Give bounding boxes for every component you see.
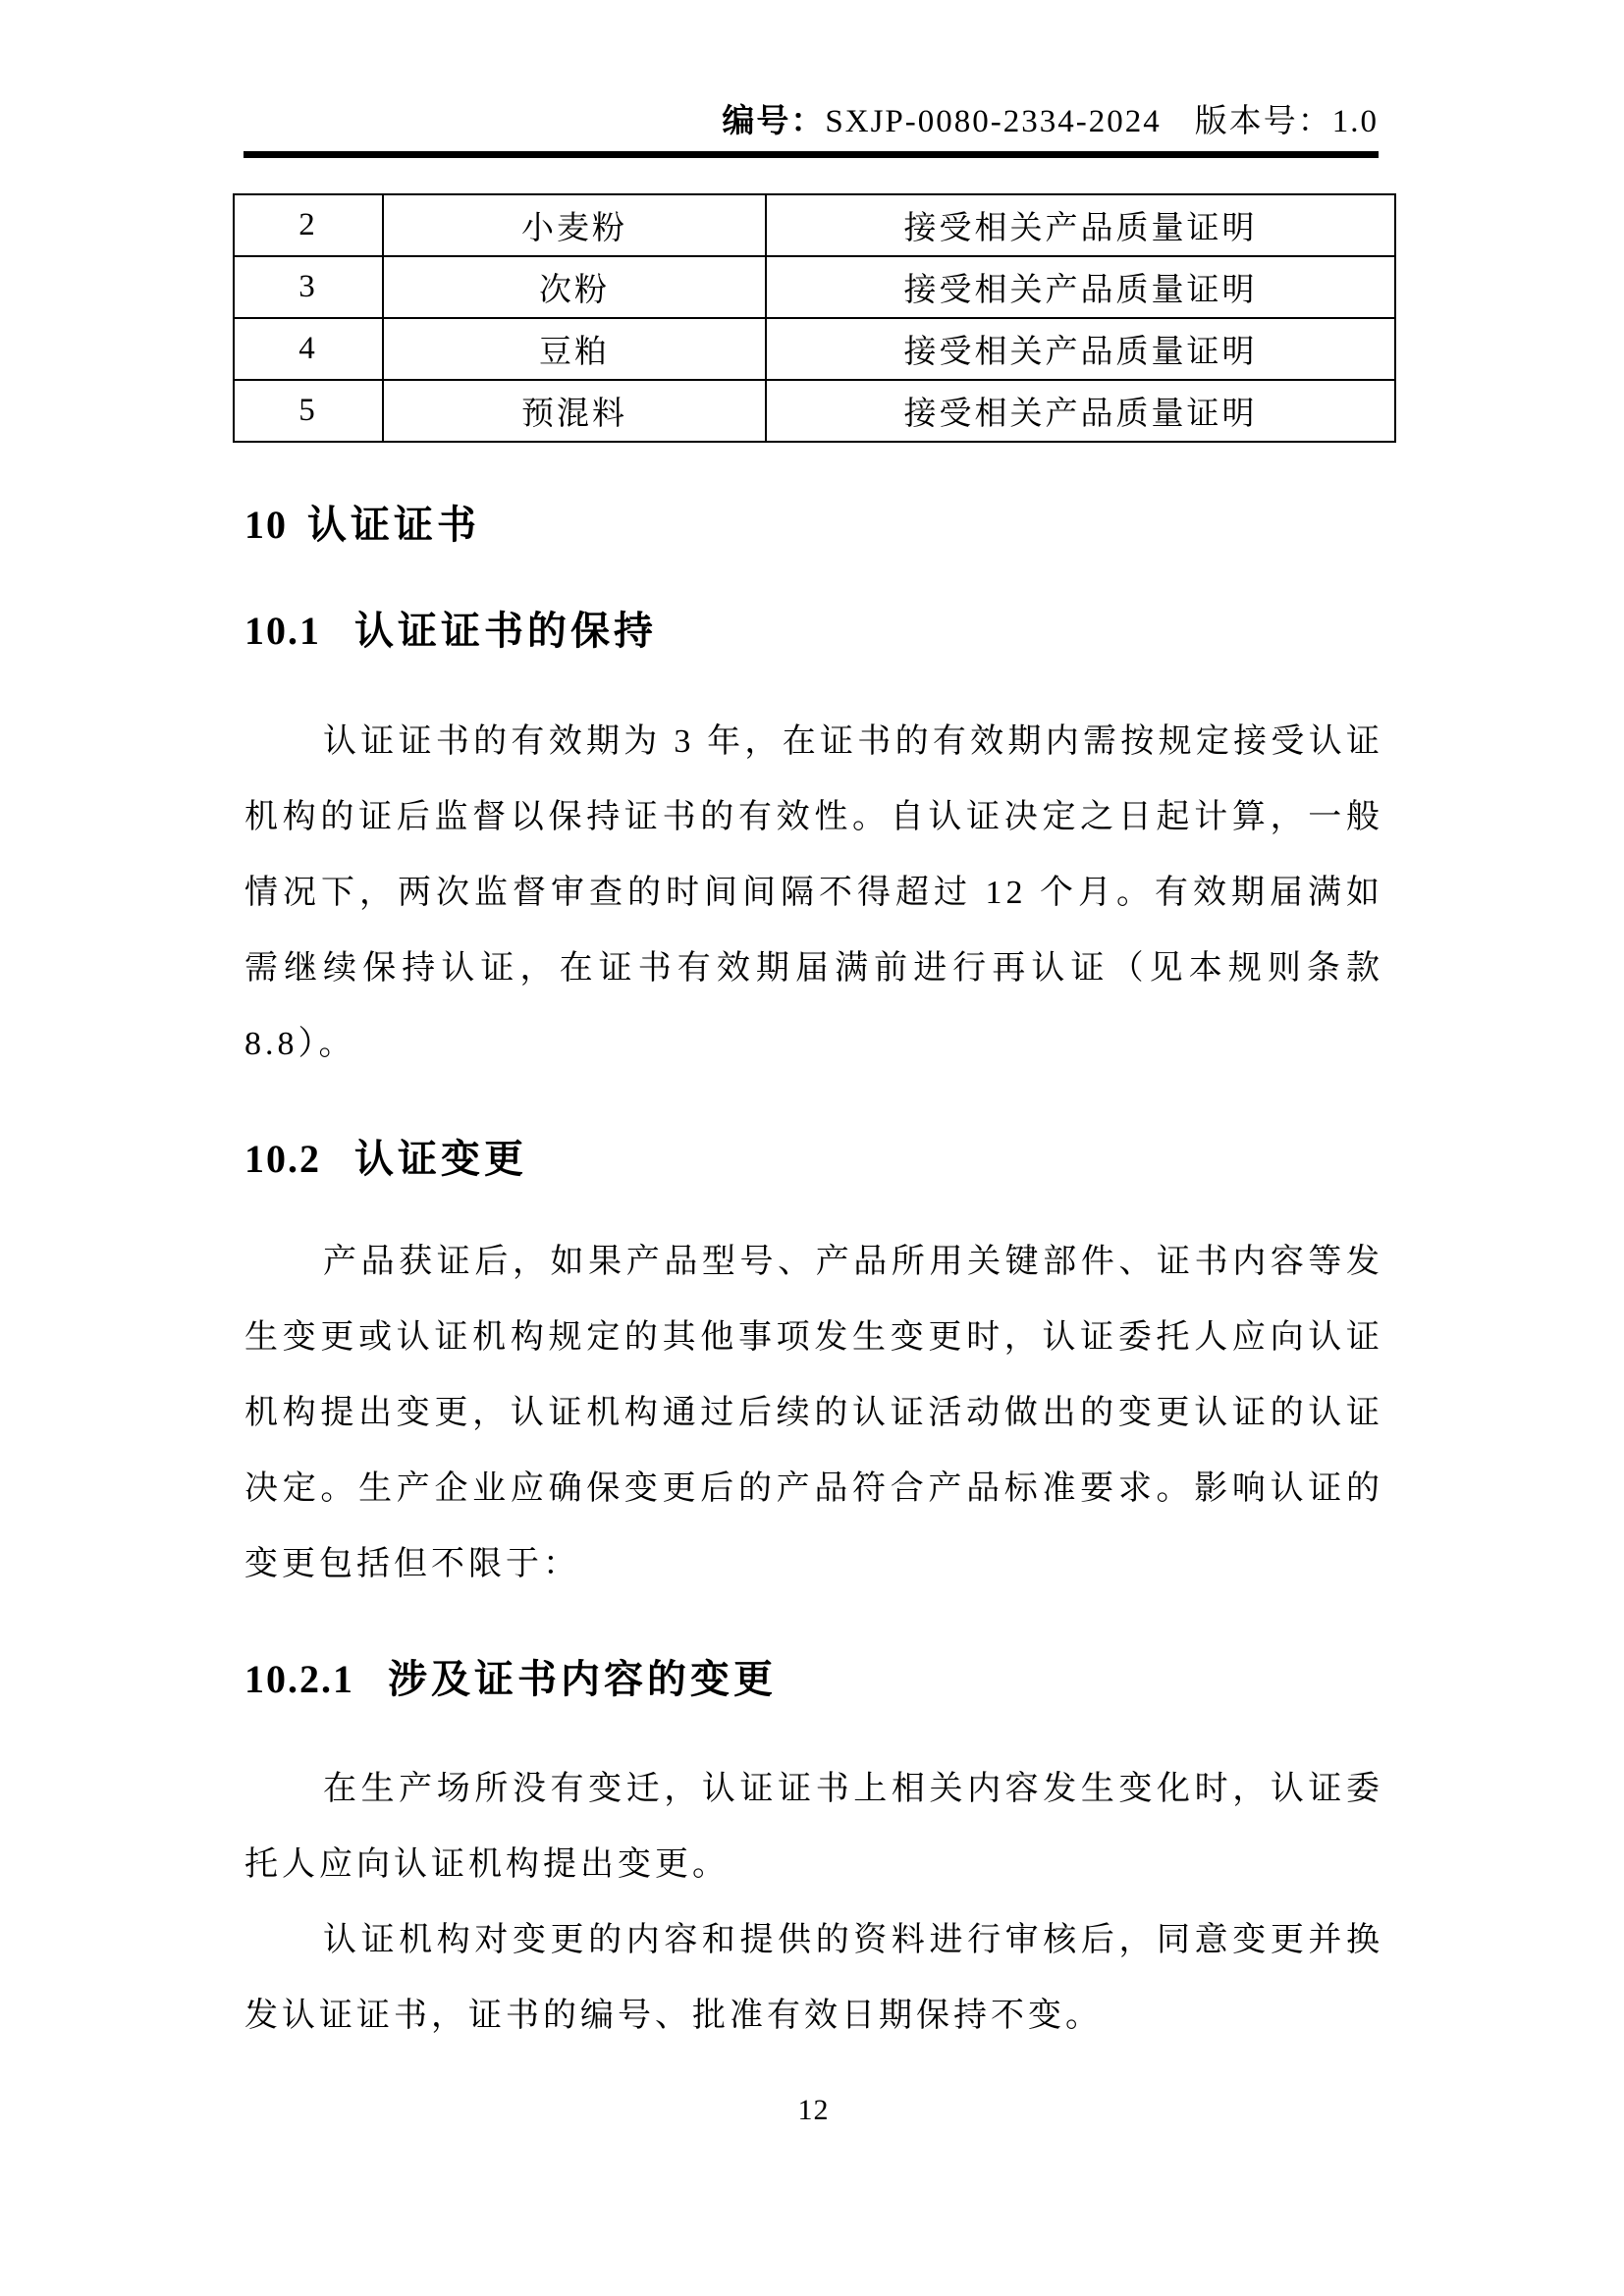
requirement-cell: 接受相关产品质量证明 <box>766 256 1395 318</box>
heading-title: 认证证书的保持 <box>354 609 657 653</box>
product-name-cell: 预混料 <box>383 380 766 442</box>
product-name-cell: 豆粕 <box>383 318 766 380</box>
page-content: 编号：SXJP-0080-2334-2024版本号：1.0 2 小麦粉 接受相关… <box>233 0 1394 2127</box>
header-rule <box>244 151 1379 158</box>
heading-number: 10.2 <box>244 1137 321 1181</box>
heading-title: 认证证书 <box>307 503 480 547</box>
page-number: 12 <box>233 2094 1394 2127</box>
section-heading-10-1: 10.1认证证书的保持 <box>244 610 1394 653</box>
table-row: 4 豆粕 接受相关产品质量证明 <box>234 318 1395 380</box>
table-row: 3 次粉 接受相关产品质量证明 <box>234 256 1395 318</box>
paragraph-10-1: 认证证书的有效期为 3 年，在证书的有效期内需按规定接受认证机构的证后监督以保持… <box>244 704 1383 1082</box>
document-page: 编号：SXJP-0080-2334-2024版本号：1.0 2 小麦粉 接受相关… <box>0 0 1624 2296</box>
row-number-cell: 5 <box>234 380 383 442</box>
heading-title: 涉及证书内容的变更 <box>388 1657 777 1701</box>
products-table: 2 小麦粉 接受相关产品质量证明 3 次粉 接受相关产品质量证明 4 豆粕 接受… <box>233 193 1396 443</box>
row-number-cell: 4 <box>234 318 383 380</box>
version-label: 版本号： <box>1195 104 1332 139</box>
heading-number: 10 <box>244 503 288 547</box>
paragraph-10-2: 产品获证后，如果产品型号、产品所用关键部件、证书内容等发生变更或认证机构规定的其… <box>244 1224 1383 1602</box>
heading-title: 认证变更 <box>354 1137 527 1181</box>
doc-number-value: SXJP-0080-2334-2024 <box>825 104 1161 139</box>
requirement-cell: 接受相关产品质量证明 <box>766 194 1395 256</box>
requirement-cell: 接受相关产品质量证明 <box>766 318 1395 380</box>
doc-header: 编号：SXJP-0080-2334-2024版本号：1.0 <box>233 102 1394 141</box>
table-row: 5 预混料 接受相关产品质量证明 <box>234 380 1395 442</box>
heading-number: 10.1 <box>244 609 321 653</box>
product-name-cell: 次粉 <box>383 256 766 318</box>
section-heading-10: 10认证证书 <box>244 504 1394 547</box>
heading-number: 10.2.1 <box>244 1657 354 1701</box>
table-row: 2 小麦粉 接受相关产品质量证明 <box>234 194 1395 256</box>
row-number-cell: 2 <box>234 194 383 256</box>
requirement-cell: 接受相关产品质量证明 <box>766 380 1395 442</box>
section-heading-10-2: 10.2认证变更 <box>244 1138 1394 1181</box>
section-heading-10-2-1: 10.2.1涉及证书内容的变更 <box>244 1658 1394 1701</box>
version-value: 1.0 <box>1332 104 1379 139</box>
doc-number-label: 编号： <box>722 104 825 139</box>
row-number-cell: 3 <box>234 256 383 318</box>
paragraph-10-2-1-a: 在生产场所没有变迁，认证证书上相关内容发生变化时，认证委托人应向认证机构提出变更… <box>244 1751 1383 1902</box>
product-name-cell: 小麦粉 <box>383 194 766 256</box>
paragraph-10-2-1-b: 认证机构对变更的内容和提供的资料进行审核后，同意变更并换发认证证书，证书的编号、… <box>244 1902 1383 2054</box>
